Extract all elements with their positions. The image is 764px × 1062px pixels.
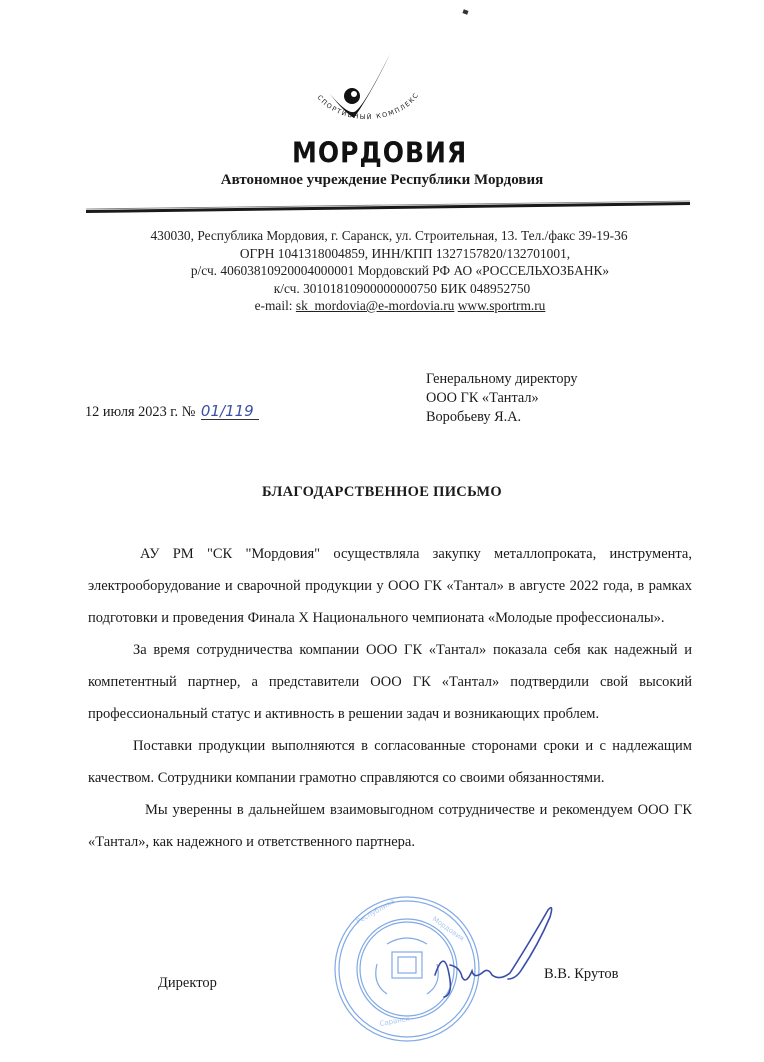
addressee-position: Генеральному директору — [426, 370, 578, 389]
addressee-block: Генеральному директору ООО ГК «Тантал» В… — [426, 370, 578, 427]
registration-number: 01/119 — [201, 403, 259, 420]
letter-body: АУ РМ "СК "Мордовия" осуществляла закупк… — [88, 538, 692, 858]
signatory-role: Директор — [158, 975, 217, 992]
paragraph: Поставки продукции выполняются в согласо… — [88, 730, 692, 794]
logo-emblem-icon: СПОРТИВНЫЙ КОМПЛЕКС — [292, 52, 442, 142]
document-title: БЛАГОДАРСТВЕННОЕ ПИСЬМО — [0, 484, 764, 501]
account-line: р/сч. 40603810920004000001 Мордовский РФ… — [130, 262, 670, 280]
signatory-name: В.В. Крутов — [544, 966, 618, 983]
date-line: 12 июля 2023 г. № 01/119 — [85, 403, 259, 421]
email-label: e-mail: — [255, 298, 296, 313]
ogrn-inn-line: ОГРН 1041318004859, ИНН/КПП 1327157820/1… — [140, 245, 670, 263]
paragraph: Мы уверенны в дальнейшем взаимовыгодном … — [88, 794, 692, 858]
address-line: 430030, Республика Мордовия, г. Саранск,… — [108, 227, 670, 245]
paragraph: АУ РМ "СК "Мордовия" осуществляла закупк… — [88, 538, 692, 634]
svg-text:Саранск: Саранск — [379, 1015, 411, 1028]
organization-name: Автономное учреждение Республики Мордови… — [0, 172, 764, 189]
corr-account-line: к/сч. 30101810900000000750 БИК 048952750 — [134, 280, 670, 298]
addressee-company: ООО ГК «Тантал» — [426, 389, 578, 408]
email-link[interactable]: sk_mordovia@e-mordovia.ru — [296, 298, 454, 313]
scan-speck — [462, 9, 468, 14]
website-link[interactable]: www.sportrm.ru — [458, 298, 546, 313]
paragraph: За время сотрудничества компании ООО ГК … — [88, 634, 692, 730]
email-line: e-mail: sk_mordovia@e-mordovia.ru www.sp… — [130, 297, 670, 315]
letter-date: 12 июля 2023 г. № — [85, 404, 195, 420]
signature-icon — [430, 905, 560, 1005]
addressee-name: Воробьеву Я.А. — [426, 408, 578, 427]
logo: СПОРТИВНЫЙ КОМПЛЕКС МОРДОВИЯ — [292, 52, 442, 162]
header-divider — [86, 200, 690, 214]
contact-block: 430030, Республика Мордовия, г. Саранск,… — [90, 227, 670, 315]
logo-wordmark: МОРДОВИЯ — [292, 136, 442, 169]
